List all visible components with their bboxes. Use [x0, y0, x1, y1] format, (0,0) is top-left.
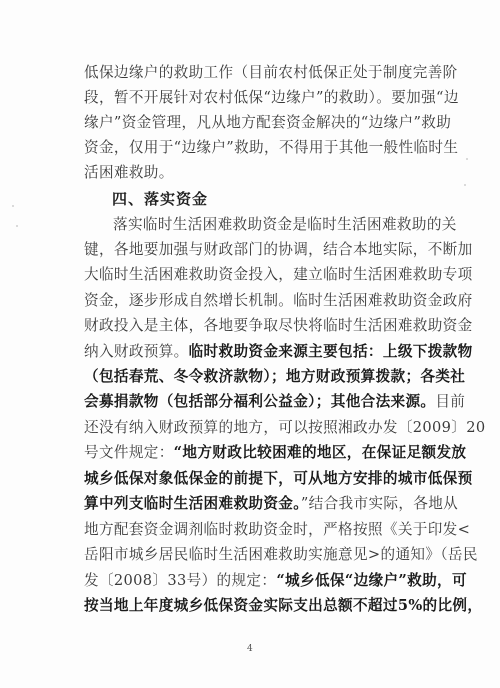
- text-line: 资金，逐步形成自然增长机制。临时生活困难救助资金政府: [84, 290, 426, 312]
- text-line-bold: 按当地上年度城乡低保资金实际支出总额不超过5%的比例，: [84, 595, 426, 617]
- text-line: 还没有纳入财政预算的地方，可以按照湘政办发〔2009〕20: [84, 417, 426, 439]
- scan-speck: [16, 225, 18, 227]
- document-page: 低保边缘户的救助工作（目前农村低保正处于制度完善阶 段，暂不开展针对农村低保“边…: [0, 0, 500, 688]
- text-line: 大临时生活困难救助资金投入，建立临时生活困难救助专项: [84, 264, 426, 286]
- text-line: 低保边缘户的救助工作（目前农村低保正处于制度完善阶: [84, 62, 426, 84]
- text-line: 落实临时生活困难救助资金是临时生活困难救助的关: [113, 214, 426, 236]
- text-line: 缘户”资金管理，凡从地方配套资金解决的“边缘户”救助: [84, 112, 426, 134]
- text-normal: 纳入财政预算。: [84, 343, 189, 360]
- text-normal: 目前: [435, 393, 465, 410]
- text-bold: “城乡低保“边缘户”救助，可: [276, 572, 467, 589]
- text-line: 财政投入是主体，各地要争取尽快将临时生活困难救助资金: [84, 315, 426, 337]
- text-bold: 会募捐款物（包括部分福利公益金）；其他合法来源。: [84, 393, 435, 410]
- text-bold: “地方财政比较困难的地区，在保证足额发放: [174, 444, 467, 461]
- text-normal: 号文件规定：: [84, 444, 174, 461]
- text-line: 资金，仅用于“边缘户”救助，不得用于其他一般性临时生: [84, 137, 426, 159]
- text-bold: 临时救助资金来源主要包括：上级下拨款物: [189, 343, 473, 360]
- text-line-mixed: 号文件规定：“地方财政比较困难的地区，在保证足额发放: [84, 442, 426, 464]
- page-number: 4: [247, 644, 253, 654]
- text-line-bold: （包括春荒、冬令救济款物）；地方财政预算拨款；各类社: [84, 366, 426, 388]
- text-line-mixed: 算中列支临时生活困难救助资金。”结合我市实际，各地从: [84, 493, 426, 515]
- text-line-mixed: 会募捐款物（包括部分福利公益金）；其他合法来源。目前: [84, 391, 426, 413]
- section-heading: 四、落实资金: [112, 188, 208, 210]
- text-line: 地方配套资金调剂临时救助资金时，严格按照《关于印发<: [84, 519, 426, 541]
- text-line: 活困难救助。: [84, 162, 426, 184]
- text-normal: ”结合我市实际，各地从: [301, 495, 458, 512]
- scan-speck: [466, 158, 468, 160]
- text-line-mixed: 纳入财政预算。临时救助资金来源主要包括：上级下拨款物: [84, 341, 426, 363]
- text-line: 段，暂不开展针对农村低保“边缘户”的救助）。要加强“边: [84, 87, 426, 109]
- text-line: 键，各地要加强与财政部门的协调，结合本地实际，不断加: [84, 239, 426, 261]
- text-bold: 算中列支临时生活困难救助资金。: [84, 495, 301, 512]
- text-line-bold: 城乡低保对象低保金的前提下，可从地方安排的城市低保预: [84, 468, 426, 490]
- text-line: 岳阳市城乡居民临时生活困难救助实施意见>的通知》（岳民: [84, 544, 426, 566]
- scan-speck: [12, 205, 14, 207]
- text-line-mixed: 发〔2008〕33号）的规定：“城乡低保“边缘户”救助，可: [84, 570, 426, 592]
- scan-speck: [464, 184, 466, 186]
- text-normal: 发〔2008〕33号）的规定：: [84, 572, 276, 589]
